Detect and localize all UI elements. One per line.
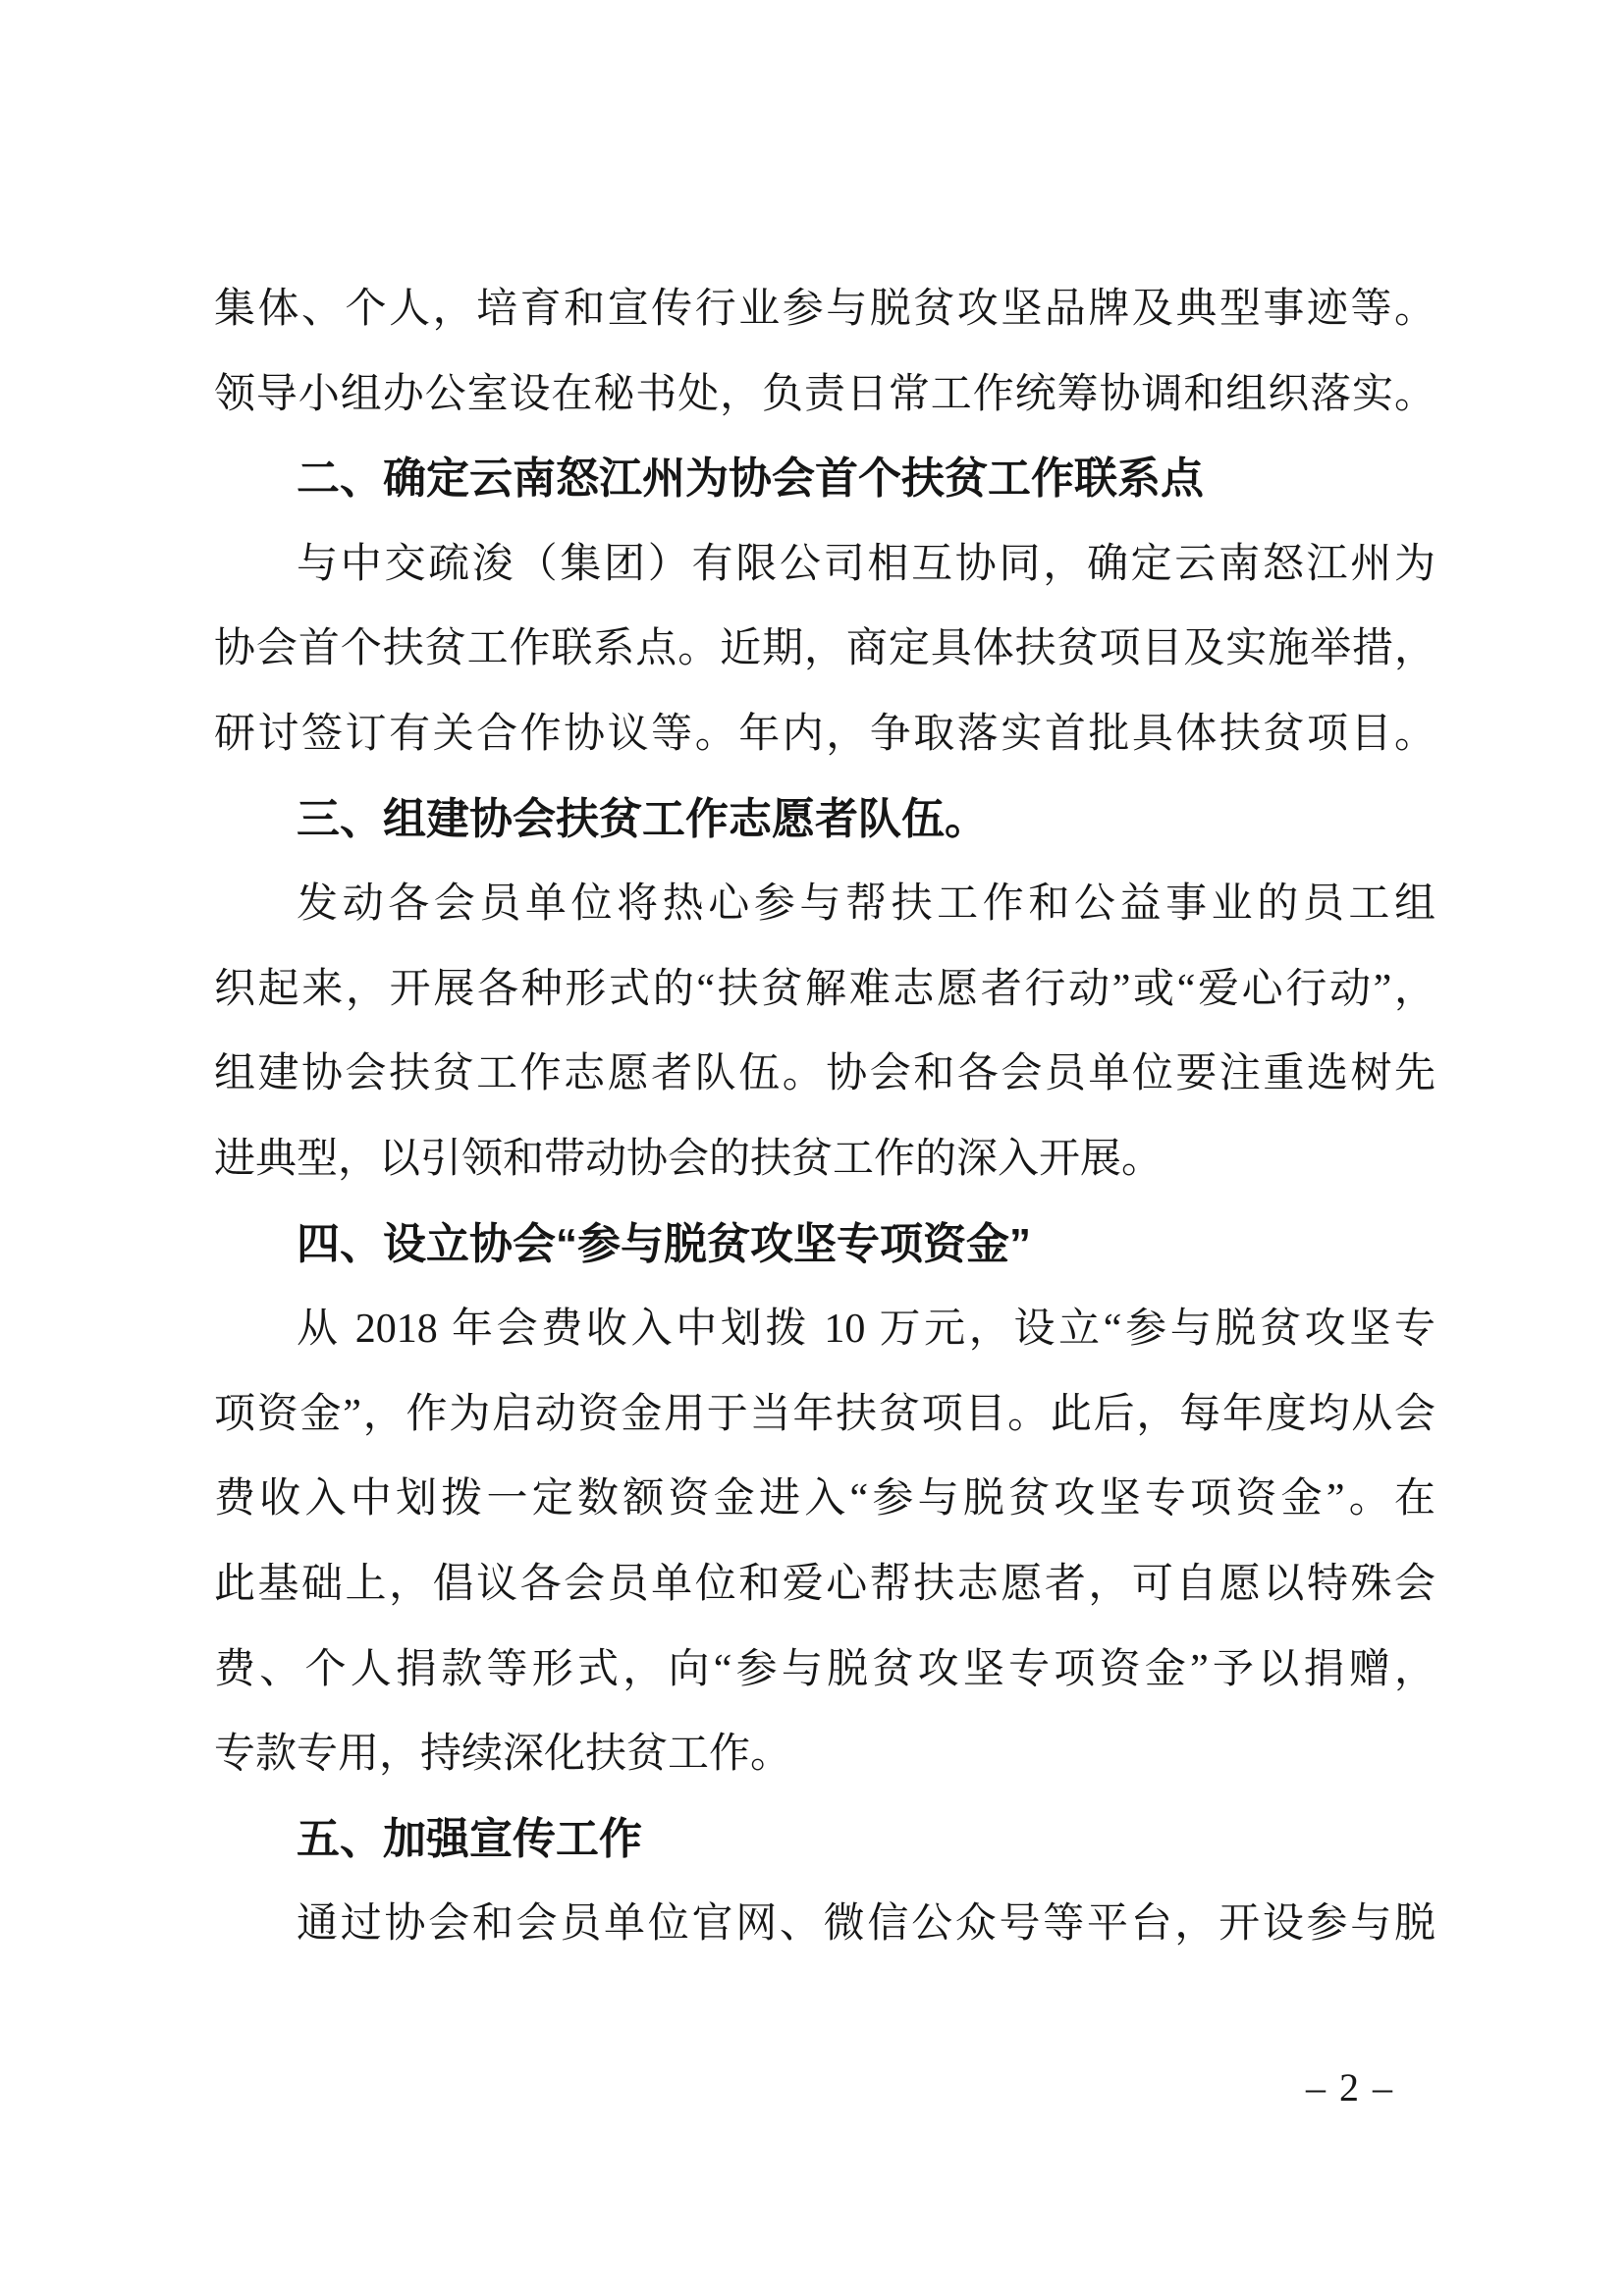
- page-number: – 2 –: [1306, 2058, 1394, 2117]
- body-line: 织起来，开展各种形式的“扶贫解难志愿者行动”或“爱心行动”，: [214, 947, 1435, 1033]
- body-line: 进典型，以引领和带动协会的扶贫工作的深入开展。: [214, 1117, 1435, 1202]
- body-line: 研讨签订有关合作协议等。年内，争取落实首批具体扶贫项目。: [214, 692, 1435, 777]
- body-line: 集体、个人，培育和宣传行业参与脱贫攻坚品牌及典型事迹等。: [214, 267, 1435, 352]
- body-line: 此基础上，倡议各会员单位和爱心帮扶志愿者，可自愿以特殊会: [214, 1542, 1435, 1628]
- body-line: 专款专用，持续深化扶贫工作。: [214, 1712, 1435, 1797]
- body-line: 费收入中划拨一定数额资金进入“参与脱贫攻坚专项资金”。在: [214, 1457, 1435, 1542]
- section-heading: 五、加强宣传工作: [214, 1797, 1435, 1883]
- body-line: 领导小组办公室设在秘书处，负责日常工作统筹协调和组织落实。: [214, 352, 1435, 438]
- section-heading: 四、设立协会“参与脱贫攻坚专项资金”: [214, 1202, 1435, 1288]
- document-body: 集体、个人，培育和宣传行业参与脱贫攻坚品牌及典型事迹等。 领导小组办公室设在秘书…: [214, 267, 1435, 1967]
- section-heading: 三、组建协会扶贫工作志愿者队伍。: [214, 777, 1435, 863]
- body-line: 项资金”，作为启动资金用于当年扶贫项目。此后，每年度均从会: [214, 1372, 1435, 1458]
- section-heading: 二、确定云南怒江州为协会首个扶贫工作联系点: [214, 437, 1435, 522]
- body-line: 从 2018 年会费收入中划拨 10 万元，设立“参与脱贫攻坚专: [214, 1287, 1435, 1372]
- document-page: 集体、个人，培育和宣传行业参与脱贫攻坚品牌及典型事迹等。 领导小组办公室设在秘书…: [0, 0, 1624, 2296]
- body-line: 协会首个扶贫工作联系点。近期，商定具体扶贫项目及实施举措，: [214, 607, 1435, 692]
- body-line: 费、个人捐款等形式，向“参与脱贫攻坚专项资金”予以捐赠，: [214, 1628, 1435, 1713]
- body-line: 通过协会和会员单位官网、微信公众号等平台，开设参与脱: [214, 1882, 1435, 1967]
- body-line: 发动各会员单位将热心参与帮扶工作和公益事业的员工组: [214, 862, 1435, 947]
- body-line: 组建协会扶贫工作志愿者队伍。协会和各会员单位要注重选树先: [214, 1032, 1435, 1117]
- body-line: 与中交疏浚（集团）有限公司相互协同，确定云南怒江州为: [214, 522, 1435, 608]
